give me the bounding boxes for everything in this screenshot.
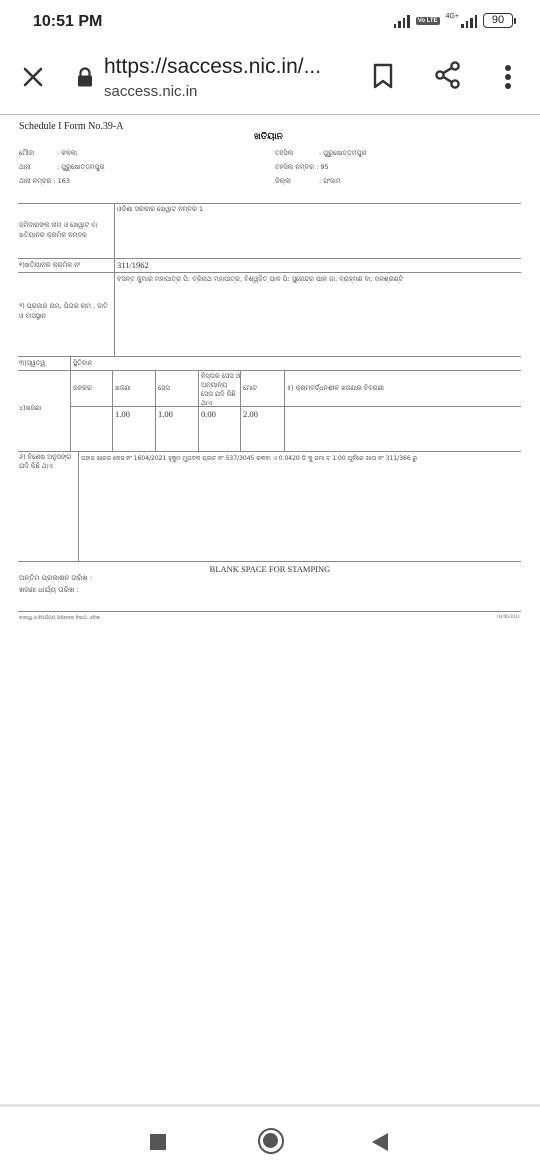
meta-mouza: ମୌଜା: କଳକା [19,149,77,158]
meta-label: ଜିଲ୍ଲା [275,177,319,186]
meta-label: ଥାନା ନମ୍ବର [19,177,51,186]
url-domain: saccess.nic.in [104,83,197,100]
meta-thana: ଥାନା: ପୁରୁଷୋତ୍ତମପୁର [19,163,105,172]
khatiyan-no-value: 311/1962 [117,260,149,270]
document-title: ଖତିୟାନ [254,132,283,142]
browser-toolbar: https://saccess.nic.in/... saccess.nic.i… [0,44,540,112]
table-border [18,258,521,259]
swatva-label: ୩)ସ୍ୱତ୍ୱ [19,358,45,368]
form-number: Schedule I Form No.39-A [19,121,123,132]
battery-tip [514,18,516,24]
signal-icon [394,14,410,28]
table-border [198,370,199,451]
signal-icon-2 [461,14,477,28]
meta-tahasil: ତହସିଲ: ପୁରୁଷୋତ୍ତମପୁର [275,149,367,158]
special-value: ତାହାସ ଖାରଜ କେସ ନଂ 1604/2021 ହୁକୁମ ମୁତାବକ… [81,454,417,464]
tenant-label: ୨) ପ୍ରଜାର ନାମ, ପିତାର ନାମ , ଜାତି ଓ ବାସସ୍ଥ… [19,301,113,321]
footer-department: ରାଜସ୍ୱ ଓ ବିପର୍ଯ୍ୟୟ ପରିଚାଳନା ବିଭାଗ, ଓଡ଼ିଶ… [19,615,100,621]
url-text[interactable]: https://saccess.nic.in/... [104,55,321,79]
volte-icon: Vo LTE [416,17,440,25]
rent-value-cess: 1.00 [158,409,173,419]
rent-header-khajana: ଖଜଣା [115,383,131,393]
bookmark-button[interactable] [372,62,394,90]
rent-header-jalakar: ଜଳକର [73,383,92,393]
table-border [70,406,521,407]
meta-tahasil-number: ତହସିଲ ନମ୍ବର: 95 [275,163,329,172]
meta-value: : 163 [53,177,70,185]
rent-header-cess: ସେସ [158,383,170,393]
more-options-button[interactable] [500,62,516,92]
status-time: 10:51 PM [33,13,102,31]
lock-icon [76,66,94,88]
meta-value: : ଗଂଜାମ [319,177,341,186]
bookmark-icon [372,62,394,90]
owner-value: ଓଡ଼ିଶା ସରକାର ଖେୱାଟ ନମ୍ବର 1 [117,204,203,214]
rent-header-progressive: ୫) କ୍ରମବର୍ଦ୍ଧନଶୀଳ ଖଜଣାର ବିବରଣୀ [287,383,384,393]
rent-value-total: 2.00 [243,409,258,419]
table-border [18,451,521,452]
meta-label: ତହସିଲ ନମ୍ବର [275,163,314,172]
table-border [18,370,521,371]
back-icon[interactable] [372,1133,388,1151]
close-icon [20,64,46,90]
home-icon[interactable] [258,1128,284,1154]
table-border [78,451,79,561]
owner-label: ଜମିଦାରଙ୍କ ନାମ ଓ ଖେୱାଟ ବା ଖତିୟାନର କ୍ରମିକ … [19,220,111,240]
table-border [112,370,113,451]
table-border [70,356,71,451]
recents-icon[interactable] [150,1134,166,1150]
table-border [18,561,521,562]
rent-value-other-cess: 0.00 [201,409,216,419]
rent-header-total: ମୋଟ [243,383,257,393]
owner-value-text: ଓଡ଼ିଶା ସରକାର ଖେୱାଟ ନମ୍ବର 1 [117,205,203,213]
network-type-label: 4G+ [446,13,459,20]
battery-level: 90 [483,13,513,28]
rent-value-khajana: 1.00 [115,409,130,419]
status-bar: 10:51 PM Vo LTE 4G+ 90 [0,0,540,44]
table-border [155,370,156,451]
khatiyan-no-label: ୧)ଖତିୟାନର କ୍ରମିକ ନଂ [19,260,80,270]
table-border [18,203,521,204]
toolbar-divider [0,114,540,115]
meta-value: : ପୁରୁଷୋତ୍ତମପୁର [319,149,367,158]
final-publication-date-label: ଅନ୍ତିମ ପ୍ରକାଶନ ତାରିଖ : [19,573,92,583]
meta-value: : ପୁରୁଷୋତ୍ତମପୁର [57,163,105,172]
footer-divider [18,611,521,612]
battery-icon: 90 [483,13,516,28]
meta-label: ମୌଜା [19,149,57,158]
table-border [18,356,521,357]
footer-date: 04/06/2021 [497,615,520,620]
table-border [114,203,115,356]
special-label: ୬) ବିଶେଷ ଅନୁସଙ୍ଗ ଯଦି କିଛି ଥାଏ [19,453,77,471]
meta-label: ତହସିଲ [275,149,319,158]
share-button[interactable] [433,60,463,90]
system-nav-bar [0,1104,540,1170]
tenant-value: ବସନ୍ତ କୁମାର ମହାପାତ୍ର ପି: ତ୍ରିନାଥ ମହାପାତ୍… [117,274,403,284]
more-vert-icon [500,62,516,92]
rent-header-other-cess: ନିସ୍ତାର ସେସ ଓ ଅନ୍ୟାନ୍ୟ ସେସ ଯଦି କିଛି ଥାଏ [201,372,241,408]
status-icons: Vo LTE 4G+ 90 [394,13,516,28]
rent-fix-date-label: ଖଜଣା ଧାର୍ଯ୍ୟ ତାରିଖ : [19,585,79,595]
meta-label: ଥାନା [19,163,57,172]
meta-district: ଜିଲ୍ଲା: ଗଂଜାମ [275,177,341,186]
close-button[interactable] [20,64,46,90]
meta-thana-number: ଥାନା ନମ୍ବର: 163 [19,177,70,186]
meta-value: : କଳକା [57,149,77,158]
table-border [284,370,285,451]
meta-value: : 95 [316,163,329,171]
swatva-value: ସ୍ଥିତିବାନ [73,358,92,368]
rent-label: ୪)ଖଜଣା [19,403,41,413]
table-border [18,272,521,273]
share-icon [433,60,463,90]
